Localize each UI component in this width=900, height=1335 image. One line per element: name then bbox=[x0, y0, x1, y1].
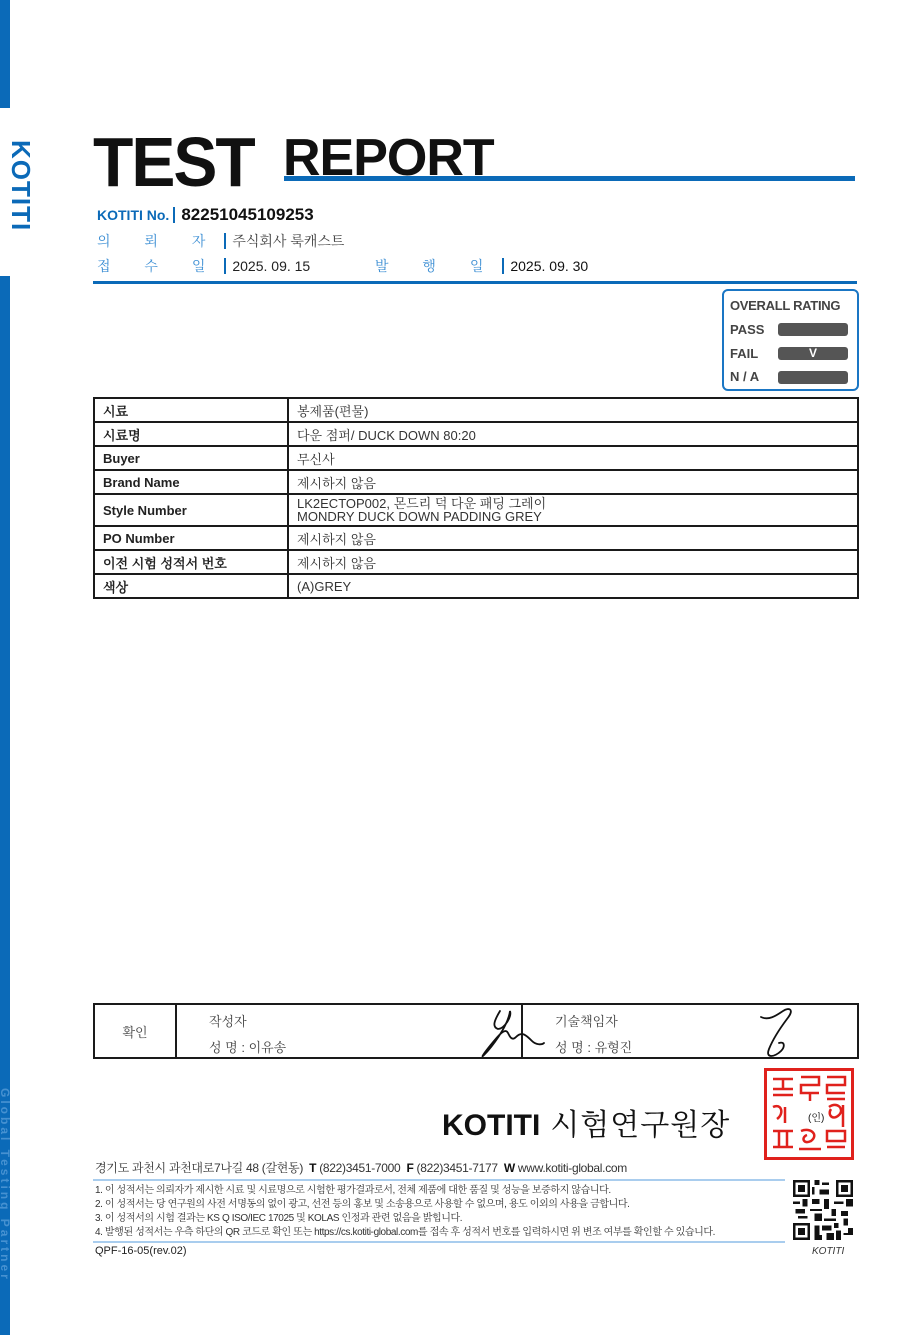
rating-label-fail: FAIL bbox=[730, 346, 758, 361]
field-value: 제시하지 않음 bbox=[288, 526, 858, 550]
confirm-cell: 확인 bbox=[94, 1004, 176, 1058]
field-label: Brand Name bbox=[94, 470, 288, 494]
technical-manager-name: 성 명 : 유형진 bbox=[555, 1037, 632, 1056]
field-label: 시료명 bbox=[94, 422, 288, 446]
received-date-label: 접 수 일 bbox=[97, 256, 220, 276]
form-number: QPF-16-05(rev.02) bbox=[95, 1245, 187, 1257]
field-label: 색상 bbox=[94, 574, 288, 598]
overall-rating-title: OVERALL RATING bbox=[730, 298, 840, 313]
title-test: TEST bbox=[93, 122, 254, 202]
tel: (822)3451-7000 bbox=[319, 1161, 400, 1175]
separator bbox=[224, 258, 226, 274]
note-item: 2. 이 성적서는 당 연구원의 사전 서명동의 없이 광고, 선전 등의 홍보… bbox=[95, 1198, 715, 1212]
table-row: 시료명다운 점퍼/ DUCK DOWN 80:20 bbox=[94, 422, 858, 446]
table-row: Style NumberLK2ECTOP002, 몬드리 덕 다운 패딩 그레이… bbox=[94, 494, 858, 526]
table-row: PO Number제시하지 않음 bbox=[94, 526, 858, 550]
rating-box-pass bbox=[778, 323, 848, 336]
style-number-line2: MONDRY DUCK DOWN PADDING GREY bbox=[297, 510, 849, 523]
client-name: 주식회사 룩캐스트 bbox=[232, 233, 344, 249]
table-row: Buyer무신사 bbox=[94, 446, 858, 470]
address: 경기도 과천시 과천대로7나길 48 (갈현동) bbox=[95, 1161, 303, 1175]
issuer-org: KOTITI bbox=[442, 1109, 540, 1142]
footer-divider-bottom bbox=[93, 1241, 785, 1243]
field-label: 시료 bbox=[94, 398, 288, 422]
author-role: 작성자 bbox=[209, 1011, 247, 1030]
field-label: 이전 시험 성적서 번호 bbox=[94, 550, 288, 574]
received-date: 2025. 09. 15 bbox=[232, 258, 310, 274]
fax-label: F bbox=[406, 1161, 413, 1175]
qr-code-icon[interactable] bbox=[793, 1180, 853, 1240]
author-cell: 작성자 성 명 : 이유송 bbox=[176, 1004, 522, 1058]
field-value: 제시하지 않음 bbox=[288, 550, 858, 574]
issued-date-label: 발 행 일 bbox=[375, 258, 498, 274]
tel-label: T bbox=[309, 1161, 316, 1175]
table-row: Brand Name제시하지 않음 bbox=[94, 470, 858, 494]
table-row: 이전 시험 성적서 번호제시하지 않음 bbox=[94, 550, 858, 574]
kotiti-side-logo: KOTITI bbox=[6, 140, 36, 250]
qr-label: KOTITI bbox=[812, 1246, 844, 1257]
issuer-role: 시험연구원장 bbox=[550, 1109, 730, 1142]
field-label: Buyer bbox=[94, 446, 288, 470]
report-number-row: KOTITI No.82251045109253 bbox=[97, 205, 314, 225]
separator bbox=[173, 207, 175, 223]
seal-mark: (인) bbox=[808, 1109, 824, 1124]
address-line: 경기도 과천시 과천대로7나길 48 (갈현동) T (822)3451-700… bbox=[95, 1159, 627, 1176]
client-row: 의 뢰 자주식회사 룩캐스트 bbox=[97, 231, 344, 251]
field-value: 무신사 bbox=[288, 446, 858, 470]
technical-manager-role: 기술책임자 bbox=[555, 1011, 618, 1030]
field-value: 봉제품(편물) bbox=[288, 398, 858, 422]
separator bbox=[502, 258, 504, 274]
table-row: 시료봉제품(편물) bbox=[94, 398, 858, 422]
note-item: 1. 이 성적서는 의뢰자가 제시한 시료 및 시료명으로 시험한 평가결과로서… bbox=[95, 1184, 715, 1198]
issued-date: 2025. 09. 30 bbox=[510, 258, 588, 274]
signature-table: 확인 작성자 성 명 : 이유송 기술책임자 성 명 : 유형진 bbox=[93, 1003, 859, 1059]
meta-divider bbox=[93, 281, 857, 284]
overall-rating-box: OVERALL RATING PASS FAIL V N / A bbox=[722, 289, 859, 391]
note-item: 4. 발행된 성적서는 우측 하단의 QR 코드로 확인 또는 https://… bbox=[95, 1226, 715, 1240]
received-date-row: 접 수 일2025. 09. 15 bbox=[97, 256, 310, 276]
report-number-label: KOTITI No. bbox=[97, 207, 169, 223]
issued-date-row: 발 행 일2025. 09. 30 bbox=[375, 256, 588, 276]
technical-manager-cell: 기술책임자 성 명 : 유형진 bbox=[522, 1004, 858, 1058]
rating-label-pass: PASS bbox=[730, 322, 764, 337]
field-value: (A)GREY bbox=[288, 574, 858, 598]
table-row: 색상(A)GREY bbox=[94, 574, 858, 598]
side-tagline: Global Testing Partner bbox=[0, 1088, 12, 1282]
issuer-title: KOTITI시험연구원장 bbox=[442, 1100, 730, 1144]
website-link[interactable]: www.kotiti-global.com bbox=[518, 1161, 627, 1175]
web-label: W bbox=[504, 1161, 515, 1175]
field-value: 제시하지 않음 bbox=[288, 470, 858, 494]
separator bbox=[224, 233, 226, 249]
rating-label-na: N / A bbox=[730, 369, 759, 384]
field-value: 다운 점퍼/ DUCK DOWN 80:20 bbox=[288, 422, 858, 446]
field-value: LK2ECTOP002, 몬드리 덕 다운 패딩 그레이MONDRY DUCK … bbox=[288, 494, 858, 526]
client-label: 의 뢰 자 bbox=[97, 231, 220, 251]
report-number: 82251045109253 bbox=[181, 205, 313, 224]
technical-manager-signature-icon bbox=[755, 1005, 805, 1061]
footer-divider-top bbox=[93, 1179, 785, 1181]
field-label: PO Number bbox=[94, 526, 288, 550]
rating-box-na bbox=[778, 371, 848, 384]
footer-notes: 1. 이 성적서는 의뢰자가 제시한 시료 및 시료명으로 시험한 평가결과로서… bbox=[95, 1184, 715, 1240]
confirm-label: 확인 bbox=[122, 1025, 147, 1040]
sample-info-table: 시료봉제품(편물) 시료명다운 점퍼/ DUCK DOWN 80:20 Buye… bbox=[93, 397, 859, 599]
title-underline bbox=[284, 176, 855, 181]
rating-box-fail: V bbox=[778, 347, 848, 360]
author-name: 성 명 : 이유송 bbox=[209, 1037, 286, 1056]
field-label: Style Number bbox=[94, 494, 288, 526]
fax: (822)3451-7177 bbox=[417, 1161, 498, 1175]
note-item: 3. 이 성적서의 시험 결과는 KS Q ISO/IEC 17025 및 KO… bbox=[95, 1212, 715, 1226]
